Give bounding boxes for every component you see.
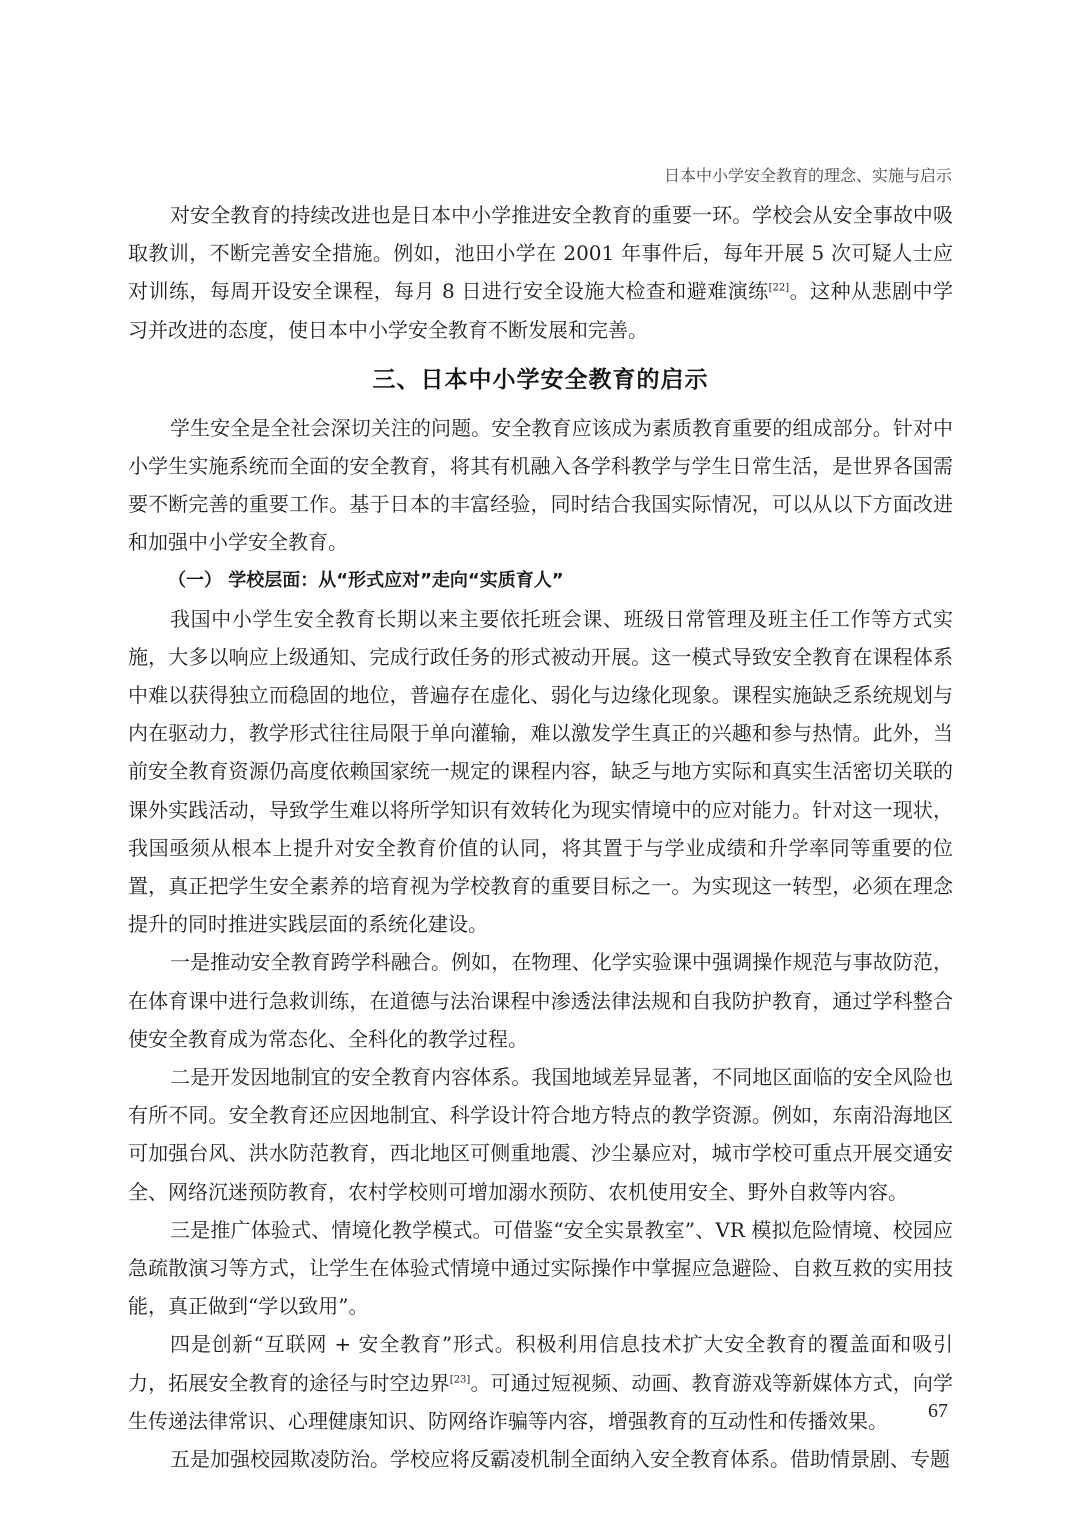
paragraph-item-three: 三是推广体验式、情境化教学模式。可借鉴“安全实景教室”、VR 模拟危险情境、校园… <box>128 1211 953 1326</box>
paragraph-item-one: 一是推动安全教育跨学科融合。例如，在物理、化学实验课中强调操作规范与事故防范，在… <box>128 943 953 1058</box>
paragraph-item-five: 五是加强校园欺凌防治。学校应将反霸凌机制全面纳入安全教育体系。借助情景剧、专题 <box>128 1440 953 1478</box>
running-header: 日本中小学安全教育的理念、实施与启示 <box>664 163 952 186</box>
page-body: 对安全教育的持续改进也是日本中小学推进安全教育的重要一环。学校会从安全事故中吸取… <box>128 196 953 1478</box>
citation-marker: [22] <box>769 283 790 294</box>
paragraph-item-two: 二是开发因地制宜的安全教育内容体系。我国地域差异显著，不同地区面临的安全风险也有… <box>128 1058 953 1211</box>
citation-marker: [23] <box>450 1374 471 1385</box>
paragraph-item-four: 四是创新“互联网 + 安全教育”形式。积极利用信息技术扩大安全教育的覆盖面和吸引… <box>128 1325 953 1440</box>
paragraph-body: 我国中小学生安全教育长期以来主要依托班会课、班级日常管理及班主任工作等方式实施，… <box>128 600 953 944</box>
paragraph-continuation: 对安全教育的持续改进也是日本中小学推进安全教育的重要一环。学校会从安全事故中吸取… <box>128 196 953 349</box>
subsection-title: （一） 学校层面：从“形式应对”走向“实质育人” <box>128 562 953 600</box>
page-number: 67 <box>928 1400 948 1423</box>
section-intro-paragraph: 学生安全是全社会深切关注的问题。安全教育应该成为素质教育重要的组成部分。针对中小… <box>128 409 953 562</box>
section-title: 三、日本中小学安全教育的启示 <box>128 359 953 401</box>
